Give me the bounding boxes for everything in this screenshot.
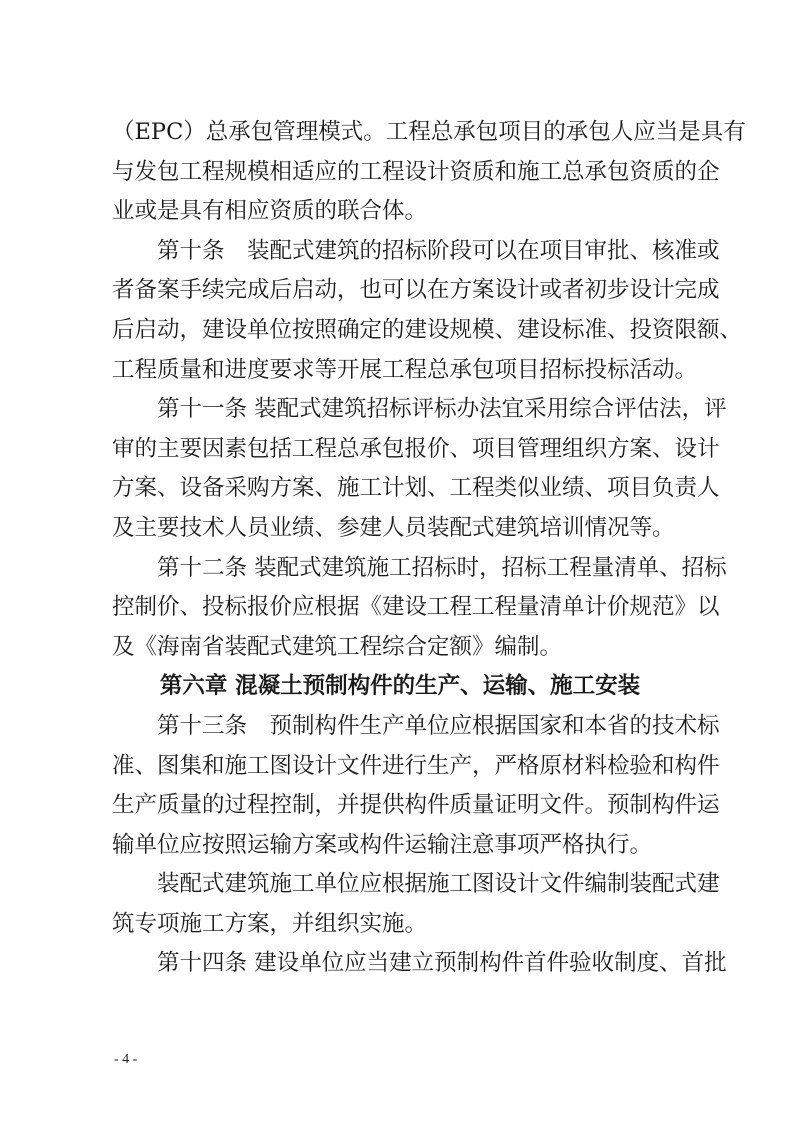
text-line: 准、图集和施工图设计文件进行生产，严格原材料检验和构件 (112, 747, 688, 787)
text-line: 装配式建筑施工单位应根据施工图设计文件编制装配式建 (112, 865, 688, 905)
text-line: 控制价、投标报价应根据《建设工程工程量清单计价规范》以 (112, 588, 688, 628)
text-line: 及《海南省装配式建筑工程综合定额》编制。 (112, 628, 688, 668)
document-page: （EPC）总承包管理模式。工程总承包项目的承包人应当是具有与发包工程规模相适应的… (0, 0, 800, 1131)
text-line: 者备案手续完成后启动，也可以在方案设计或者初步设计完成 (112, 271, 688, 311)
text-line: （EPC）总承包管理模式。工程总承包项目的承包人应当是具有 (112, 113, 688, 153)
page-number: - 4 - (114, 1052, 137, 1068)
text-line: 业或是具有相应资质的联合体。 (112, 192, 688, 232)
text-line: 及主要技术人员业绩、参建人员装配式建筑培训情况等。 (112, 509, 688, 549)
text-line: 工程质量和进度要求等开展工程总承包项目招标投标活动。 (112, 351, 688, 391)
chapter-heading: 第六章 混凝土预制构件的生产、运输、施工安装 (112, 667, 688, 707)
text-line: 第十一条 装配式建筑招标评标办法宜采用综合评估法，评 (112, 390, 688, 430)
text-line: 第十三条 预制构件生产单位应根据国家和本省的技术标 (112, 707, 688, 747)
text-line: 第十二条 装配式建筑施工招标时，招标工程量清单、招标 (112, 549, 688, 589)
text-line: 第十四条 建设单位应当建立预制构件首件验收制度、首批 (112, 944, 688, 984)
text-line: 与发包工程规模相适应的工程设计资质和施工总承包资质的企 (112, 153, 688, 193)
text-line: 生产质量的过程控制，并提供构件质量证明文件。预制构件运 (112, 786, 688, 826)
text-line: 后启动，建设单位按照确定的建设规模、建设标准、投资限额、 (112, 311, 688, 351)
text-line: 输单位应按照运输方案或构件运输注意事项严格执行。 (112, 826, 688, 866)
text-line: 方案、设备采购方案、施工计划、工程类似业绩、项目负责人 (112, 469, 688, 509)
text-line: 审的主要因素包括工程总承包报价、项目管理组织方案、设计 (112, 430, 688, 470)
text-line: 第十条 装配式建筑的招标阶段可以在项目审批、核准或 (112, 232, 688, 272)
text-line: 筑专项施工方案，并组织实施。 (112, 905, 688, 945)
document-body: （EPC）总承包管理模式。工程总承包项目的承包人应当是具有与发包工程规模相适应的… (112, 113, 688, 984)
